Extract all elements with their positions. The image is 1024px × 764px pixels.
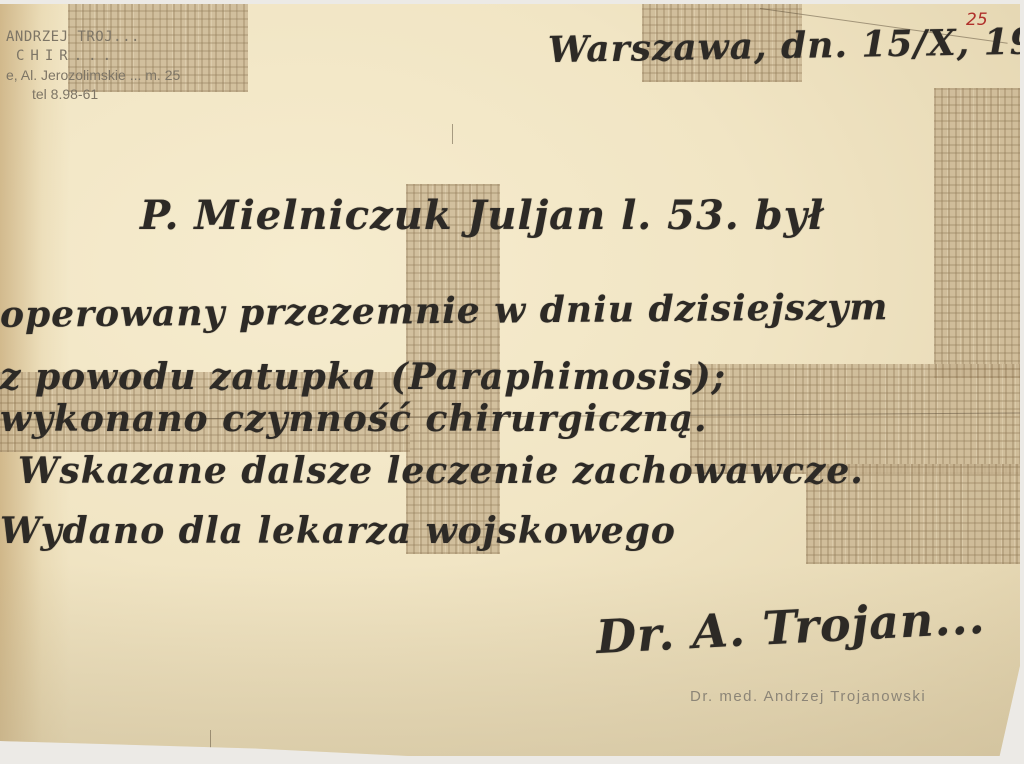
tear-mark bbox=[210, 730, 211, 754]
body-line-2: operowany przezemnie w dniu dzisiejszym bbox=[0, 286, 889, 336]
body-line-4: wykonano czynność chirurgiczną. bbox=[0, 398, 708, 440]
letterhead-address: e, Al. Jerozolimskie ... m. 25 bbox=[6, 66, 180, 85]
body-line-1: P. Mielniczuk Juljan l. 53. był bbox=[140, 192, 824, 239]
body-line-3: z powodu zatupka (Paraphimosis); bbox=[0, 356, 726, 398]
body-line-5: Wskazane dalsze leczenie zachowawcze. bbox=[18, 450, 864, 492]
fold-crease-mark bbox=[452, 124, 453, 144]
tape-right bbox=[934, 88, 1020, 378]
letterhead-name: ANDRZEJ TROJ... bbox=[6, 28, 180, 47]
paper-shading bbox=[0, 564, 1020, 764]
letterhead: ANDRZEJ TROJ... CHIR... e, Al. Jerozolim… bbox=[6, 28, 180, 104]
body-line-6: Wydano dla lekarza wojskowego bbox=[0, 510, 676, 552]
document-paper: ANDRZEJ TROJ... CHIR... e, Al. Jerozolim… bbox=[0, 4, 1020, 756]
dateline: Warszawa, dn. 15/X, 1940 r. bbox=[548, 19, 1024, 71]
letterhead-title: CHIR... bbox=[6, 47, 180, 66]
doctor-stamp: Dr. med. Andrzej Trojanowski bbox=[690, 688, 926, 705]
letterhead-phone: tel 8.98-61 bbox=[6, 85, 180, 104]
